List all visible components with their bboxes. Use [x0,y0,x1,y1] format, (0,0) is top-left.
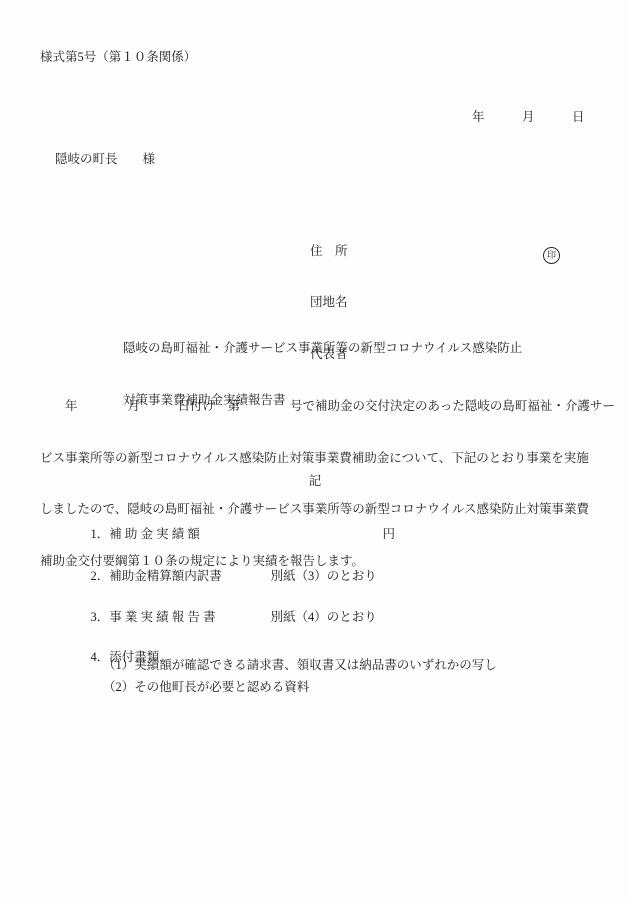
item-value: 円 [383,527,396,541]
body-line-1: 年 月 日付け 第 号で補助金の交付決定のあった隠岐の島町福祉・介護サー [40,396,615,418]
item-label: 1．補 助 金 実 績 額 [91,524,271,542]
item-label: 3．事 業 実 績 報 告 書 [91,607,271,625]
document-page: 様式第5号（第１０条関係） 年 月 日 隠岐の町長 様 住 所 団地名 代表者 … [0,0,630,903]
form-number: 様式第5号（第１０条関係） [40,47,196,65]
body-line-2: ビス事業所等の新型コロナウイルス感染防止対策事業費補助金について、下記のとおり事… [40,448,615,470]
item-label: 2．補助金精算額内訳書 [91,566,271,584]
addressee-line: 隠岐の町長 様 [55,149,155,167]
record-marker: 記 [0,471,630,489]
date-line: 年 月 日 [472,107,585,125]
item-value: 別紙（4）のとおり [271,610,377,624]
item-subsidy-actual-amount: 1．補 助 金 実 績 額円 [78,509,395,557]
seal-icon: 印 [543,247,560,264]
attachment-line-1: （1）実績額が確認できる請求書、領収書又は納品書のいずれかの写し [103,655,497,673]
item-value: 別紙（3）のとおり [271,569,377,583]
attachment-line-2: （2）その他町長が必要と認める資料 [103,677,309,695]
sender-address-label: 住 所 [310,241,348,262]
document-title-line1: 隠岐の島町福祉・介護サービス事業所等の新型コロナウイルス感染防止 [123,337,522,359]
